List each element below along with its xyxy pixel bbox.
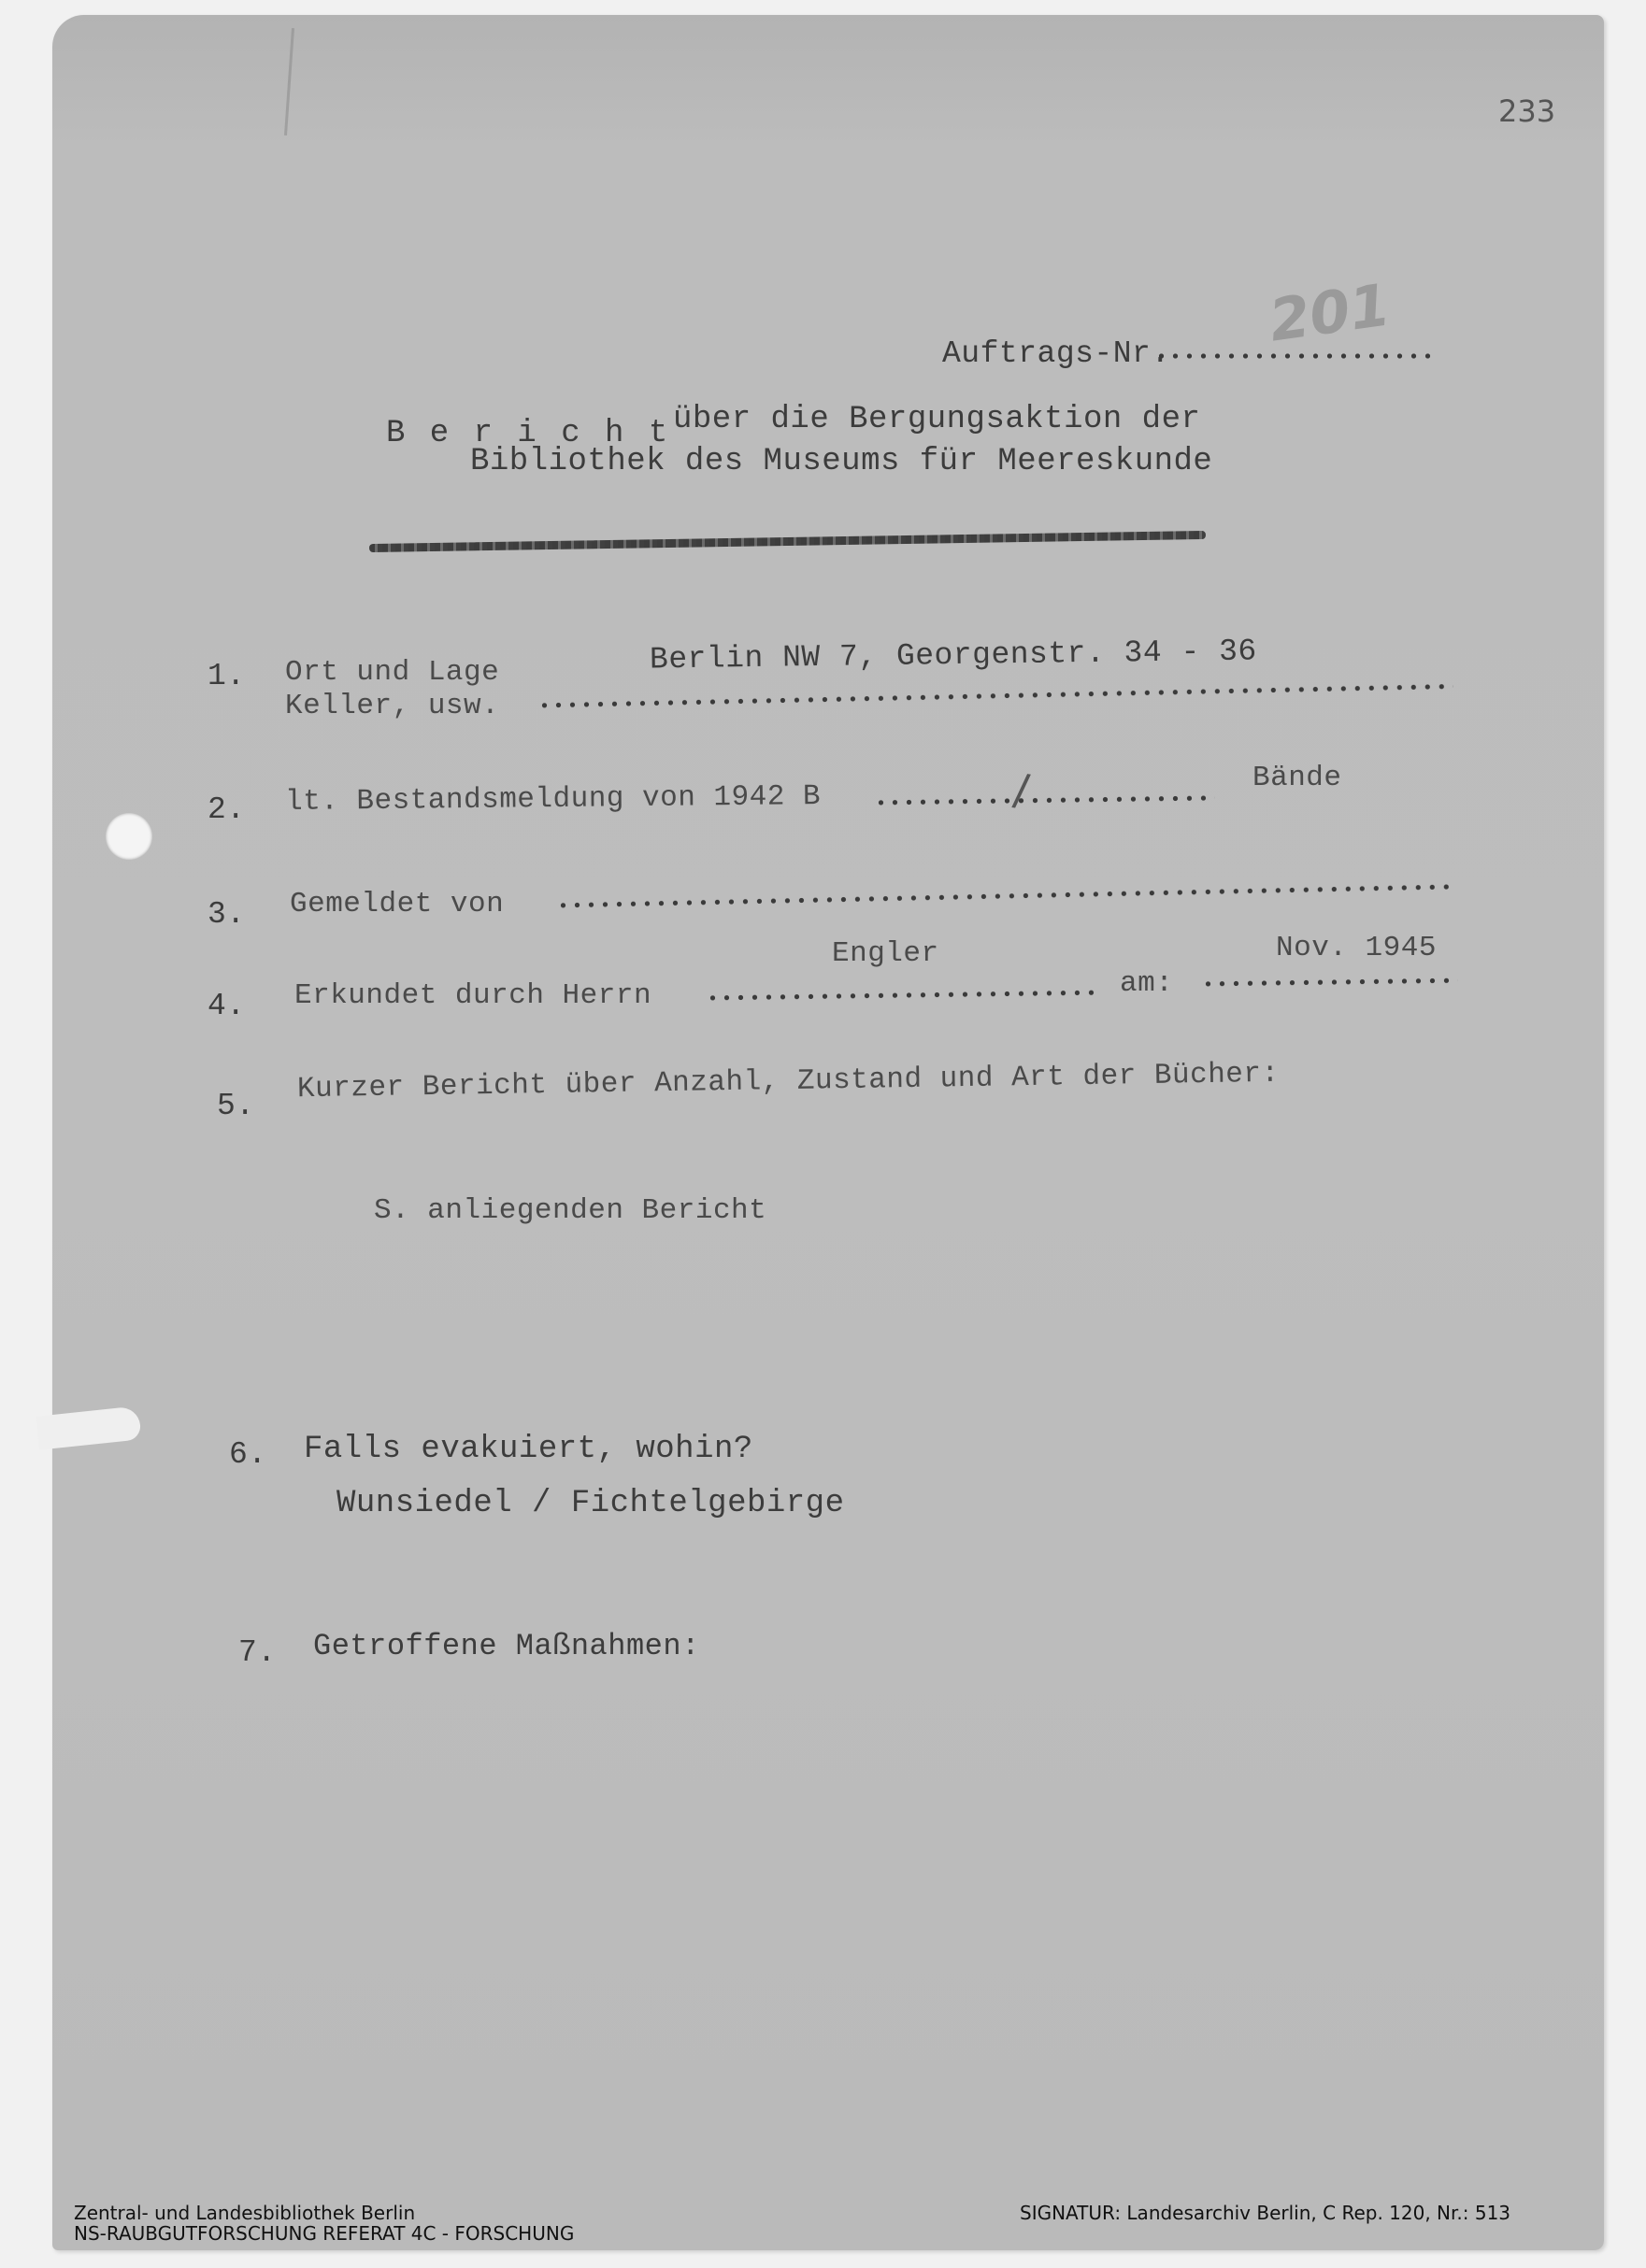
item-4-date-label: am:: [1120, 967, 1173, 1000]
footer-institution: Zentral- und Landesbibliothek Berlin: [74, 2203, 415, 2223]
order-number-label: Auftrags-Nr.: [942, 336, 1170, 371]
title-line-2: Bibliothek des Museums für Meereskunde: [470, 444, 1212, 479]
item-1-label-line2: Keller, usw.: [285, 690, 499, 722]
page-number: 233: [1498, 93, 1555, 129]
title-line-1: über die Bergungsaktion der: [673, 402, 1200, 437]
document-page: [52, 15, 1604, 2250]
item-3-label: Gemeldet von: [290, 888, 504, 920]
item-4-number: 4.: [208, 989, 246, 1023]
item-4-value: Engler: [832, 937, 939, 970]
footer-department: NS-RAUBGUTFORSCHUNG REFERAT 4C - FORSCHU…: [74, 2223, 574, 2244]
item-6-value: Wunsiedel / Fichtelgebirge: [336, 1486, 845, 1521]
item-7-number: 7.: [238, 1635, 277, 1670]
item-4-date-value: Nov. 1945: [1276, 932, 1437, 964]
item-5-number: 5.: [217, 1089, 255, 1123]
item-7-label: Getroffene Maßnahmen:: [313, 1629, 700, 1663]
item-2-suffix: Bände: [1252, 762, 1342, 794]
item-6-label: Falls evakuiert, wohin?: [304, 1432, 753, 1467]
item-4-label: Erkundet durch Herrn: [294, 979, 651, 1012]
item-1-number: 1.: [208, 659, 246, 693]
item-6-number: 6.: [229, 1437, 267, 1472]
footer-signature: SIGNATUR: Landesarchiv Berlin, C Rep. 12…: [1020, 2203, 1510, 2223]
item-1-label-line1: Ort und Lage: [285, 656, 499, 689]
punch-hole: [106, 813, 152, 860]
order-number-field: [1154, 353, 1435, 359]
item-2-number: 2.: [208, 792, 246, 827]
item-2-label: lt. Bestandsmeldung von 1942 B: [285, 780, 821, 819]
item-3-number: 3.: [208, 897, 246, 932]
item-5-value: S. anliegenden Bericht: [374, 1194, 766, 1227]
